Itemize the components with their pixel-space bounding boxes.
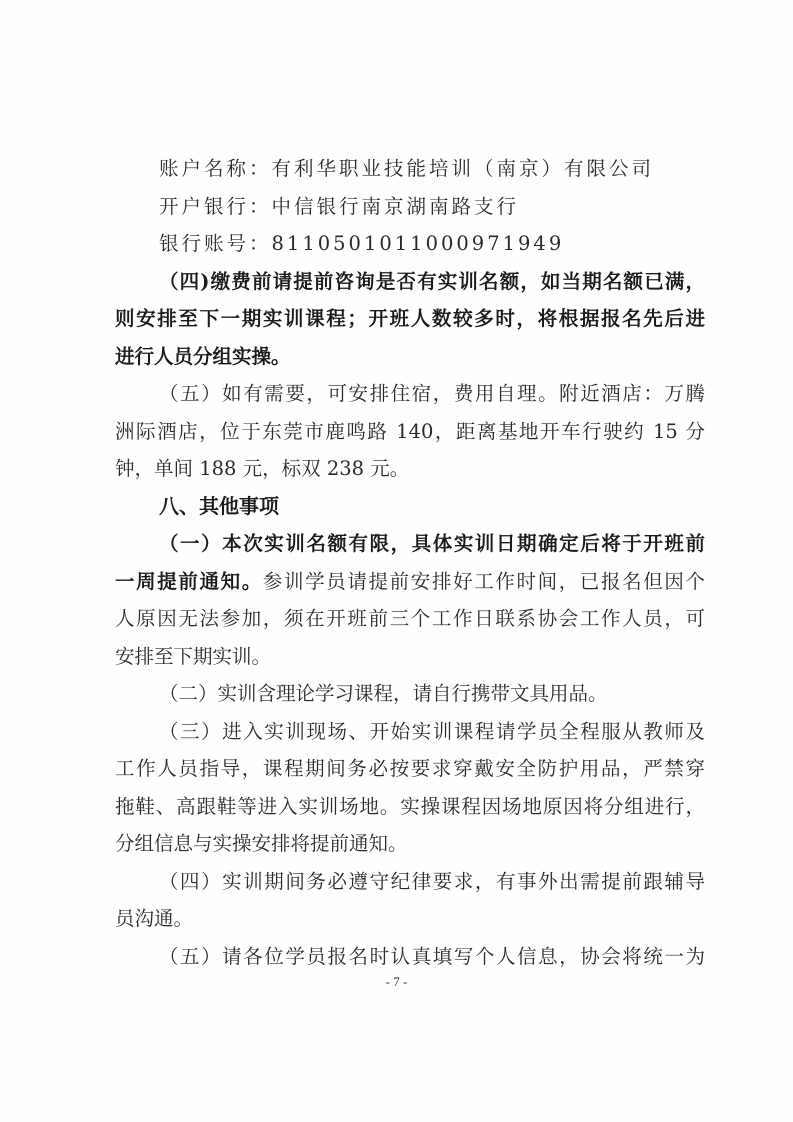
section-8-heading: 八、其他事项: [115, 488, 705, 526]
paragraph-8-3-line-2: 工作人员指导，课程期间务必按要求穿戴安全防护用品，严禁穿: [115, 750, 705, 788]
paragraph-8-1-line-1: （一）本次实训名额有限，具体实训日期确定后将于开班前: [115, 525, 705, 563]
paragraph-8-2-line-1: （二）实训含理论学习课程，请自行携带文具用品。: [115, 675, 705, 713]
document-body: 账户名称：有利华职业技能培训（南京）有限公司 开户银行：中信银行南京湖南路支行 …: [115, 150, 705, 975]
paragraph-7-4-line-3: 进行人员分组实操。: [115, 338, 705, 376]
account-number-line: 银行账号：8110501011000971949: [115, 225, 705, 263]
paragraph-7-5-line-3: 钟，单间 188 元，标双 238 元。: [115, 450, 705, 488]
paragraph-8-3-line-4: 分组信息与实操安排将提前通知。: [115, 825, 705, 863]
account-name-line: 账户名称：有利华职业技能培训（南京）有限公司: [115, 150, 705, 188]
page-number: - 7 -: [0, 974, 793, 990]
bank-label: 开户银行：: [159, 195, 272, 218]
paragraph-8-1-line-4: 安排至下期实训。: [115, 638, 705, 676]
paragraph-8-1-bold-end: 一周提前通知。: [115, 570, 263, 593]
paragraph-8-3-line-3: 拖鞋、高跟鞋等进入实训场地。实操课程因场地原因将分组进行，: [115, 788, 705, 826]
bank-value: 中信银行南京湖南路支行: [272, 195, 520, 218]
paragraph-7-5-line-1: （五）如有需要，可安排住宿，费用自理。附近酒店：万腾: [115, 375, 705, 413]
paragraph-7-4-line-1: （四)缴费前请提前咨询是否有实训名额，如当期名额已满，: [115, 263, 705, 301]
bank-line: 开户银行：中信银行南京湖南路支行: [115, 188, 705, 226]
paragraph-7-5-line-2: 洲际酒店，位于东莞市鹿鸣路 140，距离基地开车行驶约 15 分: [115, 413, 705, 451]
account-number-value: 8110501011000971949: [272, 232, 565, 255]
paragraph-8-1-line-2: 一周提前通知。参训学员请提前安排好工作时间，已报名但因个: [115, 563, 705, 601]
paragraph-8-1-rest: 参训学员请提前安排好工作时间，已报名但因个: [263, 570, 705, 593]
account-name-label: 账户名称：: [159, 157, 272, 180]
paragraph-8-3-line-1: （三）进入实训现场、开始实训课程请学员全程服从教师及: [115, 713, 705, 751]
paragraph-8-4-line-2: 员沟通。: [115, 900, 705, 938]
paragraph-8-5-line-1: （五）请各位学员报名时认真填写个人信息，协会将统一为: [115, 938, 705, 976]
paragraph-8-1-line-3: 人原因无法参加，须在开班前三个工作日联系协会工作人员，可: [115, 600, 705, 638]
paragraph-7-4-line-2: 则安排至下一期实训课程；开班人数较多时，将根据报名先后进: [115, 300, 705, 338]
document-page: 账户名称：有利华职业技能培训（南京）有限公司 开户银行：中信银行南京湖南路支行 …: [0, 0, 793, 1122]
account-number-label: 银行账号：: [159, 232, 272, 255]
paragraph-8-4-line-1: （四）实训期间务必遵守纪律要求，有事外出需提前跟辅导: [115, 863, 705, 901]
account-name-value: 有利华职业技能培训（南京）有限公司: [272, 157, 655, 180]
